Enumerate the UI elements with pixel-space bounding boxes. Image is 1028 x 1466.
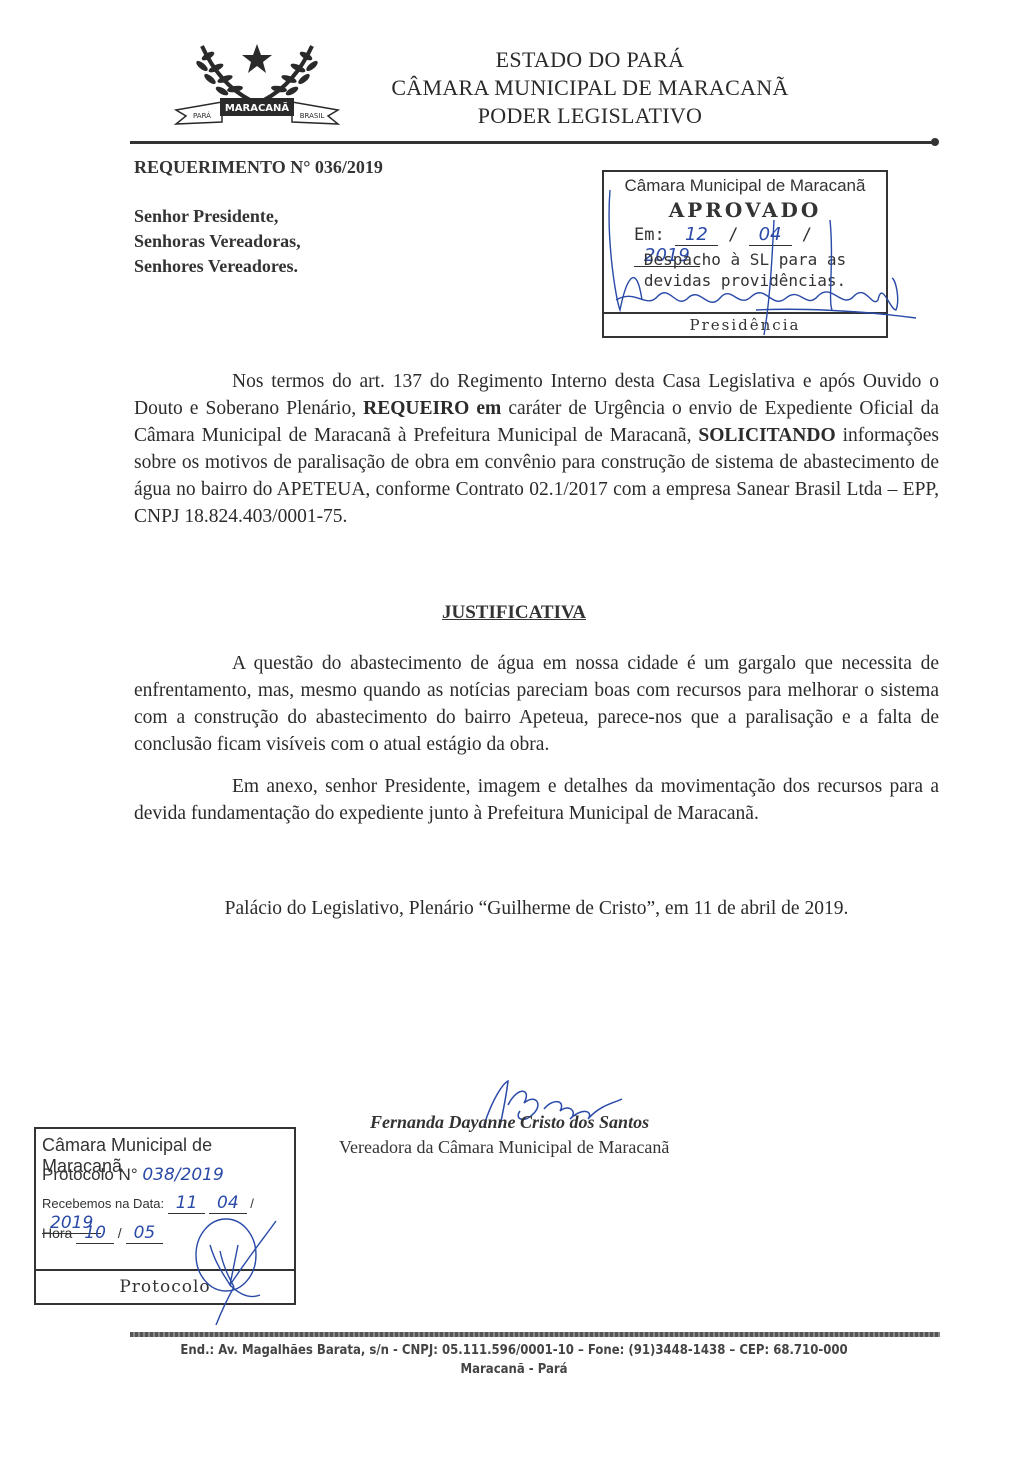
protocol-stamp: Câmara Municipal de Maracanã Protocolo N… xyxy=(34,1127,296,1305)
svg-text:PARÁ: PARÁ xyxy=(193,111,211,120)
header-branch: PODER LEGISLATIVO xyxy=(330,103,850,129)
header-state: ESTADO DO PARÁ xyxy=(330,47,850,73)
footer-divider xyxy=(130,1332,940,1337)
stamp-dispatch-line: devidas providências. xyxy=(604,271,886,290)
stamp-date-month: 04 xyxy=(749,224,792,246)
justification-paragraph: A questão do abastecimento de água em no… xyxy=(134,650,939,758)
stamp-dispatch-line: Despacho à SL para as xyxy=(604,250,886,269)
signer-role: Vereadora da Câmara Municipal de Maracan… xyxy=(339,1137,669,1158)
salutation-line: Senhores Vereadores. xyxy=(134,256,298,277)
svg-text:MARACANÃ: MARACANÃ xyxy=(225,101,290,114)
document-title: REQUERIMENTO N° 036/2019 xyxy=(134,157,383,178)
signer-name: Fernanda Dayanne Cristo dos Santos xyxy=(370,1112,649,1133)
request-paragraph: Nos termos do art. 137 do Regimento Inte… xyxy=(134,368,939,530)
header-divider xyxy=(130,141,936,144)
footer-city: Maracanã - Pará xyxy=(0,1362,1028,1377)
stamp-org: Câmara Municipal de Maracanã xyxy=(604,176,886,196)
attachment-paragraph: Em anexo, senhor Presidente, imagem e de… xyxy=(134,773,939,827)
header-divider-end xyxy=(931,138,939,146)
justification-heading: JUSTIFICATIVA xyxy=(0,602,1028,624)
header-chamber: CÂMARA MUNICIPAL DE MARACANÃ xyxy=(330,75,850,101)
approval-stamp: Câmara Municipal de Maracanã APROVADO Em… xyxy=(602,170,888,338)
municipal-coat-of-arms-icon: MARACANÃ PARÁ BRASIL xyxy=(172,38,342,130)
protocol-hour: Hora 10 / 05 xyxy=(42,1223,163,1243)
salutation-line: Senhoras Vereadoras, xyxy=(134,231,301,252)
stamp-date-day: 12 xyxy=(675,224,718,246)
protocol-number: Protocolo N° 038/2019 xyxy=(42,1165,224,1185)
stamp-status: APROVADO xyxy=(604,198,886,222)
protocol-footer: Protocolo xyxy=(36,1277,294,1297)
coat-of-arms-logo: MARACANÃ PARÁ BRASIL xyxy=(172,38,342,130)
stamp-divider xyxy=(604,312,886,314)
footer-address: End.: Av. Magalhães Barata, s/n - CNPJ: … xyxy=(0,1343,1028,1358)
salutation-line: Senhor Presidente, xyxy=(134,206,278,227)
stamp-footer: Presidência xyxy=(604,316,886,334)
closing-place-date: Palácio do Legislativo, Plenário “Guilhe… xyxy=(134,898,939,920)
svg-text:BRASIL: BRASIL xyxy=(300,112,325,120)
protocol-divider xyxy=(36,1269,294,1271)
